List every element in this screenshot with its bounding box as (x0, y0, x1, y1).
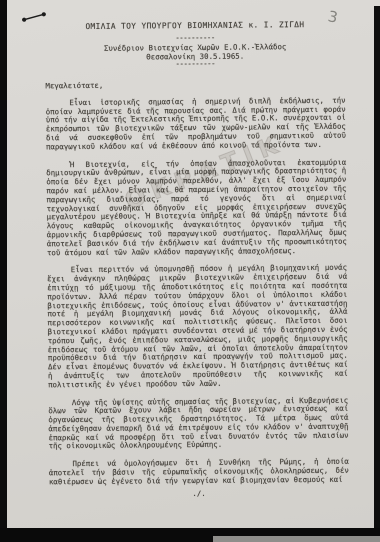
document-body: ΟΜΙΛΙΑ ΤΟΥ ΥΠΟΥΡΓΟΥ ΒΙΟΜΗΧΑΝΙΑΣ κ. Ι. ΖΙ… (45, 21, 349, 500)
paragraph-1: Εἶναι ἱστορικῆς σημασίας ἡ σημερινή διπλ… (46, 96, 346, 151)
paragraph-2: Ἡ Βιοτεχνία, εἰς τήν ὁποίαν ἀπασχολοῦντα… (46, 158, 347, 257)
document-header: ΟΜΙΛΙΑ ΤΟΥ ΥΠΟΥΡΓΟΥ ΒΙΟΜΗΧΑΝΙΑΣ κ. Ι. ΖΙ… (45, 21, 345, 68)
salutation: Μεγαλειότατε, (45, 78, 345, 90)
document-title: ΟΜΙΛΙΑ ΤΟΥ ΥΠΟΥΡΓΟΥ ΒΙΟΜΗΧΑΝΙΑΣ κ. Ι. ΖΙ… (45, 21, 345, 32)
scan-border-right (374, 6, 380, 542)
paragraph-3: Εἶναι περιττόν νά ὑπομνησθῇ πόσον ἡ μεγά… (47, 264, 348, 390)
dashed-rule-top: ---------- (45, 33, 345, 42)
paragraph-5: Πρέπει νά ὁμολογήσωμεν ὅτι ἡ Συνθήκη τῆς… (49, 458, 349, 487)
dashed-rule-bottom: ---------- (45, 59, 345, 68)
paragraph-4: Λόγῳ τῆς ὑψίστης αὐτῆς σημασίας τῆς βιοτ… (48, 396, 348, 451)
scan-border-left (0, 0, 7, 542)
continuation-mark: ./. (49, 488, 349, 499)
scanner-bed-corner (213, 536, 380, 542)
scanned-document-page: 3 ΟΚΡΑΤΙΚ ΟΜΙΛΙΑ ΤΟΥ ΥΠΟΥΡΓΟΥ ΒΙΟΜΗΧΑΝΙΑ… (0, 0, 380, 542)
